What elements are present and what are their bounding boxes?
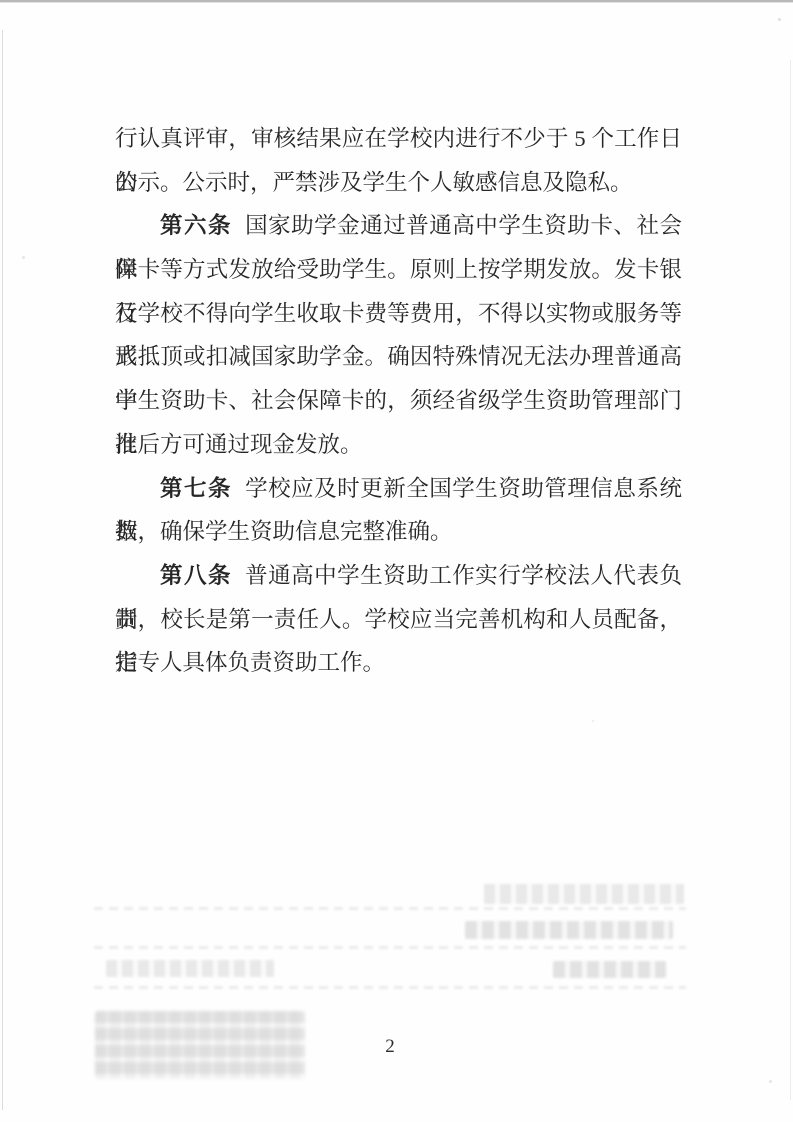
bleed-through-text-row [484, 884, 684, 904]
scan-speck [769, 1080, 772, 1083]
text-line: 式抵顶或扣减国家助学金。确因特殊情况无法办理普通高中 [115, 335, 682, 379]
scan-speck [22, 256, 25, 259]
text-line-article-7: 第七条学校应及时更新全国学生资助管理信息系统数 [115, 467, 682, 511]
text-line: 公示。公示时，严禁涉及学生个人敏感信息及隐私。 [115, 161, 682, 205]
line-text: 定专人具体负责资助工作。 [115, 650, 385, 675]
article-number-bold: 第六条 [160, 213, 232, 238]
page-number: 2 [378, 1036, 402, 1058]
bleed-through-rule [94, 946, 686, 949]
article-number-bold: 第七条 [160, 476, 232, 501]
bleed-through-text-block [95, 1011, 305, 1079]
text-line: 制，校长是第一责任人。学校应当完善机构和人员配备，指 [115, 598, 682, 642]
line-text: 准后方可通过现金发放。 [115, 432, 363, 457]
text-line-article-8: 第八条普通高中学生资助工作实行学校法人代表负责 [115, 554, 682, 598]
scan-edge-right [790, 60, 791, 1100]
scan-edge-top-soft [0, 2, 793, 3]
scan-edge-left [2, 30, 3, 1110]
bleed-through-text-row [465, 921, 673, 939]
scan-edge-top [0, 0, 793, 2]
bleed-through-rule [94, 907, 686, 910]
text-line: 行认真评审，审核结果应在学校内进行不少于 5 个工作日的 [115, 117, 682, 161]
text-line: 定专人具体负责资助工作。 [115, 641, 682, 685]
text-line: 据，确保学生资助信息完整准确。 [115, 510, 682, 554]
bleed-through-text-row [106, 960, 274, 977]
text-line: 及学校不得向学生收取卡费等费用，不得以实物或服务等形 [115, 292, 682, 336]
line-text: 公示。公示时，严禁涉及学生个人敏感信息及隐私。 [115, 170, 633, 195]
bleed-through-text-row [553, 961, 666, 978]
scan-speck [592, 720, 594, 722]
text-line: 学生资助卡、社会保障卡的，须经省级学生资助管理部门批 [115, 379, 682, 423]
line-text: 据，确保学生资助信息完整准确。 [115, 519, 453, 544]
document-body-text: 行认真评审，审核结果应在学校内进行不少于 5 个工作日的 公示。公示时，严禁涉及… [115, 117, 682, 685]
text-line: 障卡等方式发放给受助学生。原则上按学期发放。发卡银行 [115, 248, 682, 292]
bleed-through-rule [94, 986, 686, 989]
scan-speck [778, 18, 781, 21]
text-line-article-6: 第六条国家助学金通过普通高中学生资助卡、社会保 [115, 204, 682, 248]
scanned-document-page: { "document": { "ink_color": "#262626", … [0, 0, 793, 1122]
article-number-bold: 第八条 [160, 563, 232, 588]
text-line: 准后方可通过现金发放。 [115, 423, 682, 467]
